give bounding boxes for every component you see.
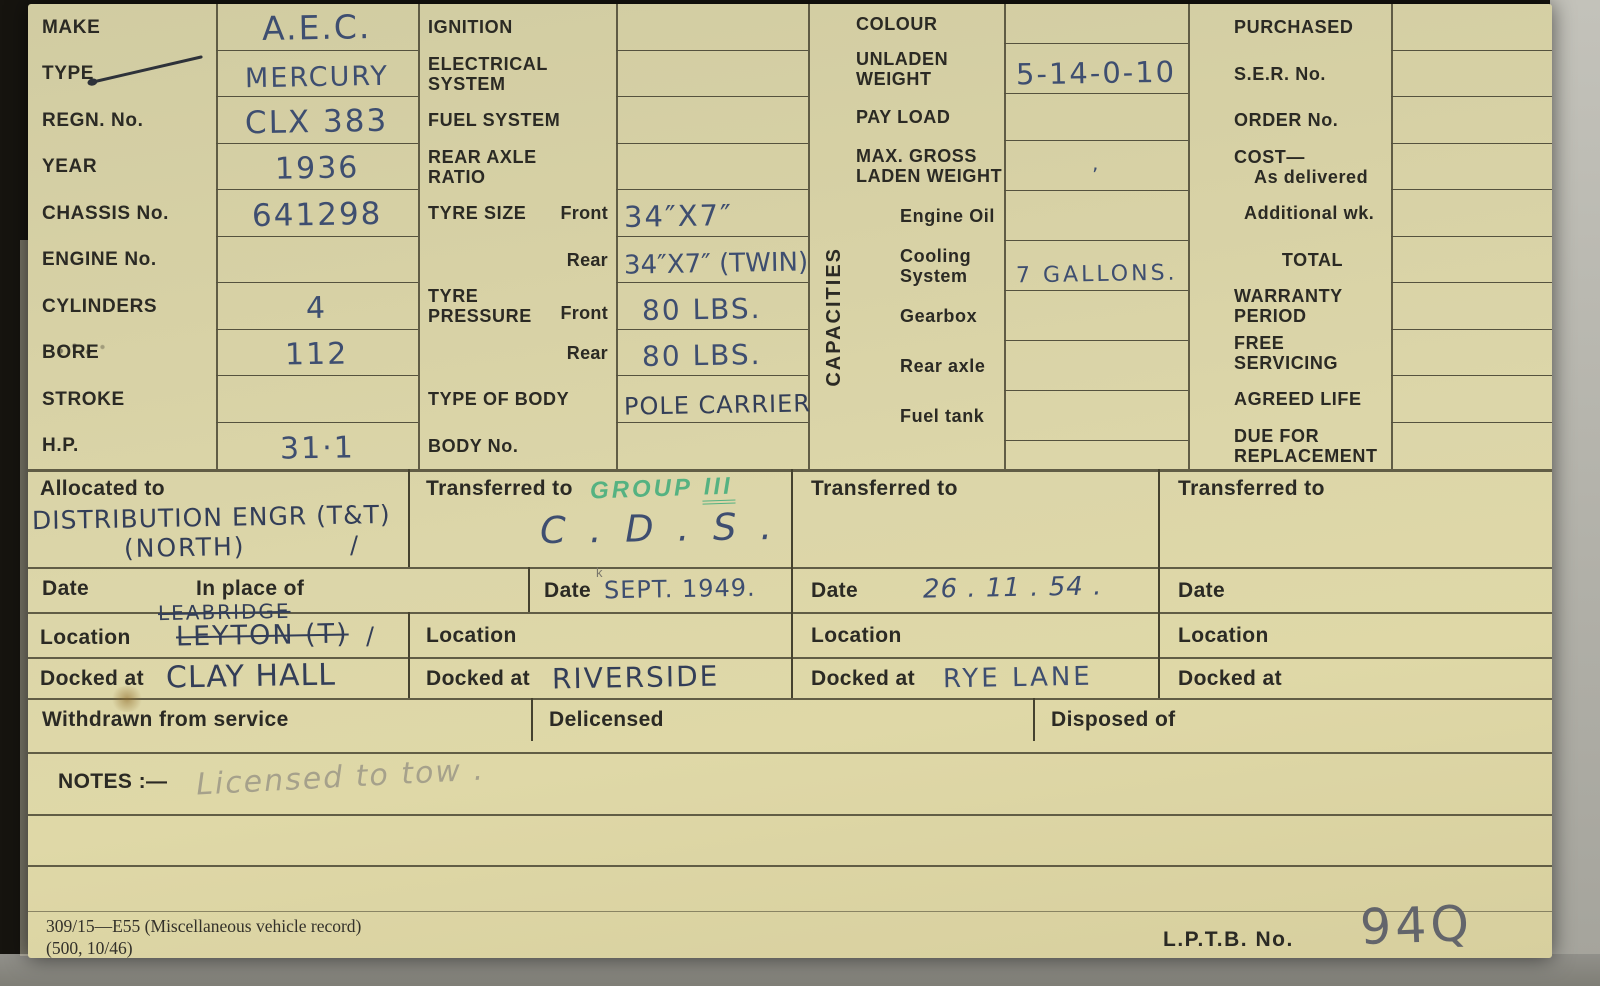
max-gross-label: MAX. GROSS LADEN WEIGHT	[856, 146, 1004, 186]
delicensed-cell: Delicensed	[531, 698, 1033, 741]
free-servicing-value-cell	[1391, 330, 1552, 377]
label-tyre-pressure-front: TYRE PRESSUREFront	[428, 283, 616, 330]
chassis-label: CHASSIS No.	[42, 203, 169, 224]
transferred-to-3-cell: Transferred to	[1158, 469, 1552, 567]
cooling-system-value: 7 GALLONS.	[1016, 261, 1178, 289]
date-label: Date	[544, 579, 591, 603]
label-electrical: ELECTRICAL SYSTEM	[428, 51, 616, 98]
location-label: Location	[1178, 624, 1269, 648]
hp-value: 31·1	[279, 430, 354, 466]
fuel-tank-value-cell	[1004, 391, 1188, 441]
label-ser-no: S.E.R. No.	[1234, 51, 1391, 98]
regn-value: CLX 383	[245, 102, 389, 140]
status-row: Withdrawn from service Delicensed Dispos…	[28, 698, 1552, 752]
docked-2-cell: Docked at RIVERSIDE	[408, 657, 791, 698]
cylinders-value: 4	[306, 290, 328, 325]
label-regn: REGN. No.	[42, 97, 216, 144]
tyre-size-rear-cell: 34″X7″ (TWIN)	[616, 237, 808, 284]
group-iii-stamp: GROUP III	[590, 472, 736, 505]
unladen-value-cell: 5-14-0-10	[1004, 44, 1188, 94]
allocated-to-value-line1: DISTRIBUTION ENGR (T&T)	[32, 500, 391, 535]
cylinders-label: CYLINDERS	[42, 296, 157, 317]
max-gross-tick: ’	[1092, 163, 1101, 187]
tyre-pressure-front-cell: 80 LBS.	[616, 283, 808, 330]
gearbox-label: Gearbox	[900, 306, 977, 326]
spec-labels-purchase: PURCHASED S.E.R. No. ORDER No. COST—As d…	[1188, 4, 1391, 469]
transferred-to-2-cell: Transferred to	[791, 469, 1158, 567]
tyre-size-label: TYRE SIZE	[428, 203, 526, 223]
pay-load-label: PAY LOAD	[856, 107, 951, 127]
hp-label: H.P.	[42, 435, 79, 456]
colour-label: COLOUR	[856, 14, 938, 34]
docked-at-label: Docked at	[1178, 667, 1282, 691]
purchased-value-cell	[1391, 4, 1552, 51]
ser-no-value-cell	[1391, 51, 1552, 98]
max-gross-value-cell: ’	[1004, 141, 1188, 191]
label-warranty: WARRANTY PERIOD	[1234, 283, 1391, 330]
label-colour: COLOUR	[856, 4, 1004, 44]
type-value: MERCURY	[245, 61, 389, 95]
electrical-label: ELECTRICAL SYSTEM	[428, 54, 578, 94]
label-unladen: UNLADEN WEIGHT	[856, 44, 1004, 94]
electrical-value-cell	[616, 51, 808, 98]
agreed-life-value-cell	[1391, 376, 1552, 423]
body-no-label: BODY No.	[428, 436, 518, 456]
label-free-servicing: FREE SERVICING	[1234, 330, 1391, 377]
disposed-label: Disposed of	[1051, 708, 1176, 732]
location-label: Location	[426, 624, 517, 648]
rear-axle-label: Rear axle	[900, 356, 985, 376]
label-total: TOTAL	[1234, 237, 1391, 284]
transferred-to-label: Transferred to	[426, 477, 573, 501]
capacities-spare-cell	[1004, 441, 1188, 469]
allocated-to-label: Allocated to	[40, 477, 165, 501]
year-value: 1936	[275, 150, 360, 186]
tyre-size-rear-value: 34″X7″ (TWIN)	[624, 247, 809, 280]
engine-oil-label: Engine Oil	[900, 206, 995, 226]
gearbox-value-cell	[1004, 291, 1188, 341]
rear-label: Rear	[567, 250, 608, 270]
form-reference-line1: 309/15—E55 (Miscellaneous vehicle record…	[46, 916, 361, 938]
form-reference: 309/15—E55 (Miscellaneous vehicle record…	[46, 916, 361, 960]
year-label: YEAR	[42, 156, 97, 177]
tyre-pressure-front-value: 80 LBS.	[642, 291, 762, 326]
warranty-value-cell	[1391, 283, 1552, 330]
agreed-life-label: AGREED LIFE	[1234, 389, 1362, 409]
rear-axle-value-cell	[1004, 341, 1188, 391]
vehicle-record-card: MAKE TYPE REGN. No. YEAR CHASSIS No. ENG…	[28, 4, 1552, 958]
order-no-value-cell	[1391, 97, 1552, 144]
front-label: Front	[561, 203, 608, 223]
date-label: Date	[42, 577, 89, 601]
engine-label: ENGINE No.	[42, 249, 157, 270]
fuel-tank-label: Fuel tank	[900, 406, 984, 426]
photo-background: MAKE TYPE REGN. No. YEAR CHASSIS No. ENG…	[0, 0, 1600, 986]
additional-wk-label: Additional wk.	[1244, 203, 1374, 223]
location-crossed-leyton: LEYTON (T)	[176, 618, 349, 652]
due-replacement-value-cell	[1391, 423, 1552, 470]
tyre-size-front-cell: 34″X7″	[616, 190, 808, 237]
fuel-label: FUEL SYSTEM	[428, 110, 560, 130]
label-body-no: BODY No.	[428, 423, 616, 470]
docked-at-label: Docked at	[426, 667, 530, 691]
label-chassis: CHASSIS No.	[42, 190, 216, 237]
allocation-row: Allocated to DISTRIBUTION ENGR (T&T) (NO…	[28, 469, 1552, 567]
chassis-value: 641298	[252, 195, 383, 233]
tyre-pressure-label: TYRE PRESSURE	[428, 286, 556, 326]
engine-value-cell	[216, 237, 418, 284]
location-1-cell: Location LEABRIDGE LEYTON (T) /	[28, 612, 408, 657]
body-no-cell	[616, 423, 808, 470]
tyre-pressure-rear-cell: 80 LBS.	[616, 330, 808, 377]
withdrawn-cell: Withdrawn from service	[28, 698, 531, 752]
delicensed-label: Delicensed	[549, 708, 664, 732]
free-servicing-label: FREE SERVICING	[1234, 333, 1391, 373]
stroke-value-cell	[216, 376, 418, 423]
spec-labels-mechanical: IGNITION ELECTRICAL SYSTEM FUEL SYSTEM R…	[418, 4, 616, 469]
location-4-cell: Location	[1158, 612, 1552, 657]
year-value-cell: 1936	[216, 144, 418, 191]
label-cylinders: CYLINDERS	[42, 283, 216, 330]
label-rear-axle: Rear axle	[900, 341, 1004, 391]
label-purchased: PURCHASED	[1234, 4, 1391, 51]
colour-value-cell	[1004, 4, 1188, 44]
make-label: MAKE	[42, 17, 100, 38]
make-value-cell: A.E.C.	[216, 4, 418, 51]
ser-no-label: S.E.R. No.	[1234, 64, 1326, 84]
label-engine: ENGINE No.	[42, 237, 216, 284]
docked-3-value: RYE LANE	[943, 662, 1093, 695]
purchased-label: PURCHASED	[1234, 17, 1353, 37]
in-place-of-label: In place of	[196, 577, 304, 601]
spec-labels-capacities: Engine Oil Cooling System Gearbox Rear a…	[808, 191, 1004, 441]
transferred-to-label: Transferred to	[811, 477, 958, 501]
bore-value-cell: 112	[216, 330, 418, 377]
label-type-of-body: TYPE OF BODY	[428, 376, 616, 423]
location-label: Location	[40, 626, 131, 650]
rear-axle-ratio-label: REAR AXLE RATIO	[428, 147, 568, 187]
stroke-label: STROKE	[42, 389, 125, 410]
date-label: Date	[1178, 579, 1225, 603]
as-delivered-label: As delivered	[1234, 167, 1368, 187]
label-make: MAKE	[42, 4, 216, 51]
label-hp: H.P.	[42, 423, 216, 470]
rule-h-notes-line1	[28, 814, 1552, 816]
location-tick: /	[366, 622, 377, 650]
allocated-to-cell: Allocated to DISTRIBUTION ENGR (T&T) (NO…	[28, 469, 408, 567]
front-label: Front	[561, 303, 608, 329]
type-of-body-cell: POLE CARRIER	[616, 376, 808, 423]
cost-value-cell	[1391, 144, 1552, 191]
additional-wk-value-cell	[1391, 190, 1552, 237]
label-tyre-size-rear: Rear	[428, 237, 616, 284]
cooling-system-label: Cooling System	[900, 246, 992, 286]
warranty-period-label: WARRANTY PERIOD	[1234, 286, 1354, 326]
transferred-to-1-value: C . D . S .	[540, 505, 779, 552]
date-2-value: SEPT. 1949.	[604, 574, 756, 605]
label-rear-axle-ratio: REAR AXLE RATIO	[428, 144, 616, 191]
notes-pencil-text: Licensed to tow .	[195, 752, 485, 802]
date-label: Date	[811, 579, 858, 603]
label-additional-wk: Additional wk.	[1234, 190, 1391, 237]
label-ignition: IGNITION	[428, 4, 616, 51]
docked-2-value: RIVERSIDE	[552, 660, 720, 696]
withdrawn-label: Withdrawn from service	[42, 708, 289, 732]
make-value: A.E.C.	[262, 7, 372, 48]
unladen-weight-value: 5-14-0-10	[1016, 55, 1177, 92]
date-2-cell: Date k SEPT. 1949.	[528, 567, 791, 612]
type-of-body-value: POLE CARRIER	[624, 389, 811, 420]
spec-labels-weights: COLOUR UNLADEN WEIGHT PAY LOAD MAX. GROS…	[808, 4, 1004, 191]
ignition-label: IGNITION	[428, 17, 513, 37]
label-year: YEAR	[42, 144, 216, 191]
regn-value-cell: CLX 383	[216, 97, 418, 144]
spec-values-mechanical: 34″X7″ 34″X7″ (TWIN) 80 LBS. 80 LBS. POL…	[616, 4, 808, 469]
fuel-value-cell	[616, 97, 808, 144]
tyre-pressure-rear-value: 80 LBS.	[642, 338, 762, 373]
allocated-to-tick: /	[350, 531, 361, 559]
label-engine-oil: Engine Oil	[900, 191, 1004, 241]
spec-values-purchase	[1391, 4, 1552, 469]
docked-1-value: CLAY HALL	[166, 658, 337, 696]
date-3-cell: Date 26 . 11 . 54 .	[791, 567, 1158, 612]
lptb-no-value: 94Q	[1359, 895, 1474, 956]
spec-values-identity: A.E.C. MERCURY CLX 383 1936 641298 4 112…	[216, 4, 418, 469]
ignition-value-cell	[616, 4, 808, 51]
paper-stain	[110, 686, 144, 712]
date-3-value: 26 . 11 . 54 .	[923, 571, 1103, 604]
transferred-to-1-cell: Transferred to GROUP III C . D . S .	[408, 469, 791, 567]
lptb-no-label: L.P.T.B. No.	[1163, 928, 1294, 952]
order-no-label: ORDER No.	[1234, 110, 1338, 130]
regn-label: REGN. No.	[42, 110, 143, 131]
disposed-cell: Disposed of	[1033, 698, 1552, 741]
unladen-weight-label: UNLADEN WEIGHT	[856, 49, 976, 89]
engine-oil-value-cell	[1004, 191, 1188, 241]
label-agreed-life: AGREED LIFE	[1234, 376, 1391, 423]
type-value-cell: MERCURY	[216, 51, 418, 98]
date-4-cell: Date	[1158, 567, 1552, 612]
rear-label: Rear	[567, 343, 608, 363]
label-tyre-size-front: TYRE SIZEFront	[428, 190, 616, 237]
cylinders-value-cell: 4	[216, 283, 418, 330]
docked-row: Docked at CLAY HALL Docked at RIVERSIDE …	[28, 657, 1552, 698]
label-stroke: STROKE	[42, 376, 216, 423]
cooling-value-cell: 7 GALLONS.	[1004, 241, 1188, 291]
label-fuel-tank: Fuel tank	[900, 391, 1004, 441]
transferred-to-label: Transferred to	[1178, 477, 1325, 501]
cost-label: COST—	[1234, 147, 1305, 167]
location-2-cell: Location	[408, 612, 791, 657]
pencil-tick: k	[596, 565, 603, 580]
label-tyre-pressure-rear: Rear	[428, 330, 616, 377]
total-value-cell	[1391, 237, 1552, 284]
label-due-replacement: DUE FOR REPLACEMENT	[1234, 423, 1391, 470]
ink-smudge	[50, 340, 120, 360]
bore-value: 112	[285, 336, 349, 372]
rule-h-footer	[28, 911, 1552, 912]
label-fuel: FUEL SYSTEM	[428, 97, 616, 144]
location-row: Location LEABRIDGE LEYTON (T) / Location…	[28, 612, 1552, 657]
docked-at-label: Docked at	[811, 667, 915, 691]
rule-h-notes-line2	[28, 865, 1552, 867]
hp-value-cell: 31·1	[216, 423, 418, 470]
form-reference-line2: (500, 10/46)	[46, 938, 361, 960]
type-of-body-label: TYPE OF BODY	[428, 389, 569, 409]
docked-4-cell: Docked at	[1158, 657, 1552, 698]
label-max-gross: MAX. GROSS LADEN WEIGHT	[856, 141, 1004, 191]
backing-card-edge-right	[1550, 0, 1600, 966]
docked-3-cell: Docked at RYE LANE	[791, 657, 1158, 698]
rear-axle-ratio-value-cell	[616, 144, 808, 191]
type-label: TYPE	[42, 63, 94, 84]
label-order-no: ORDER No.	[1234, 97, 1391, 144]
due-for-replacement-label: DUE FOR REPLACEMENT	[1234, 426, 1391, 466]
docked-1-cell: Docked at CLAY HALL	[28, 657, 408, 698]
tyre-size-front-value: 34″X7″	[624, 198, 733, 234]
total-label: TOTAL	[1282, 250, 1343, 270]
payload-value-cell	[1004, 94, 1188, 141]
notes-row: NOTES :— Licensed to tow .	[28, 752, 1552, 814]
label-cooling: Cooling System	[900, 241, 1004, 291]
label-cost: COST—As delivered	[1234, 144, 1391, 191]
location-3-cell: Location	[791, 612, 1158, 657]
allocated-to-value-line2: (NORTH)	[124, 532, 246, 563]
label-gearbox: Gearbox	[900, 291, 1004, 341]
notes-label: NOTES :—	[58, 770, 167, 794]
location-label: Location	[811, 624, 902, 648]
label-payload: PAY LOAD	[856, 94, 1004, 141]
chassis-value-cell: 641298	[216, 190, 418, 237]
spec-values-weights: 5-14-0-10 ’ 7 GALLONS.	[1004, 4, 1188, 469]
